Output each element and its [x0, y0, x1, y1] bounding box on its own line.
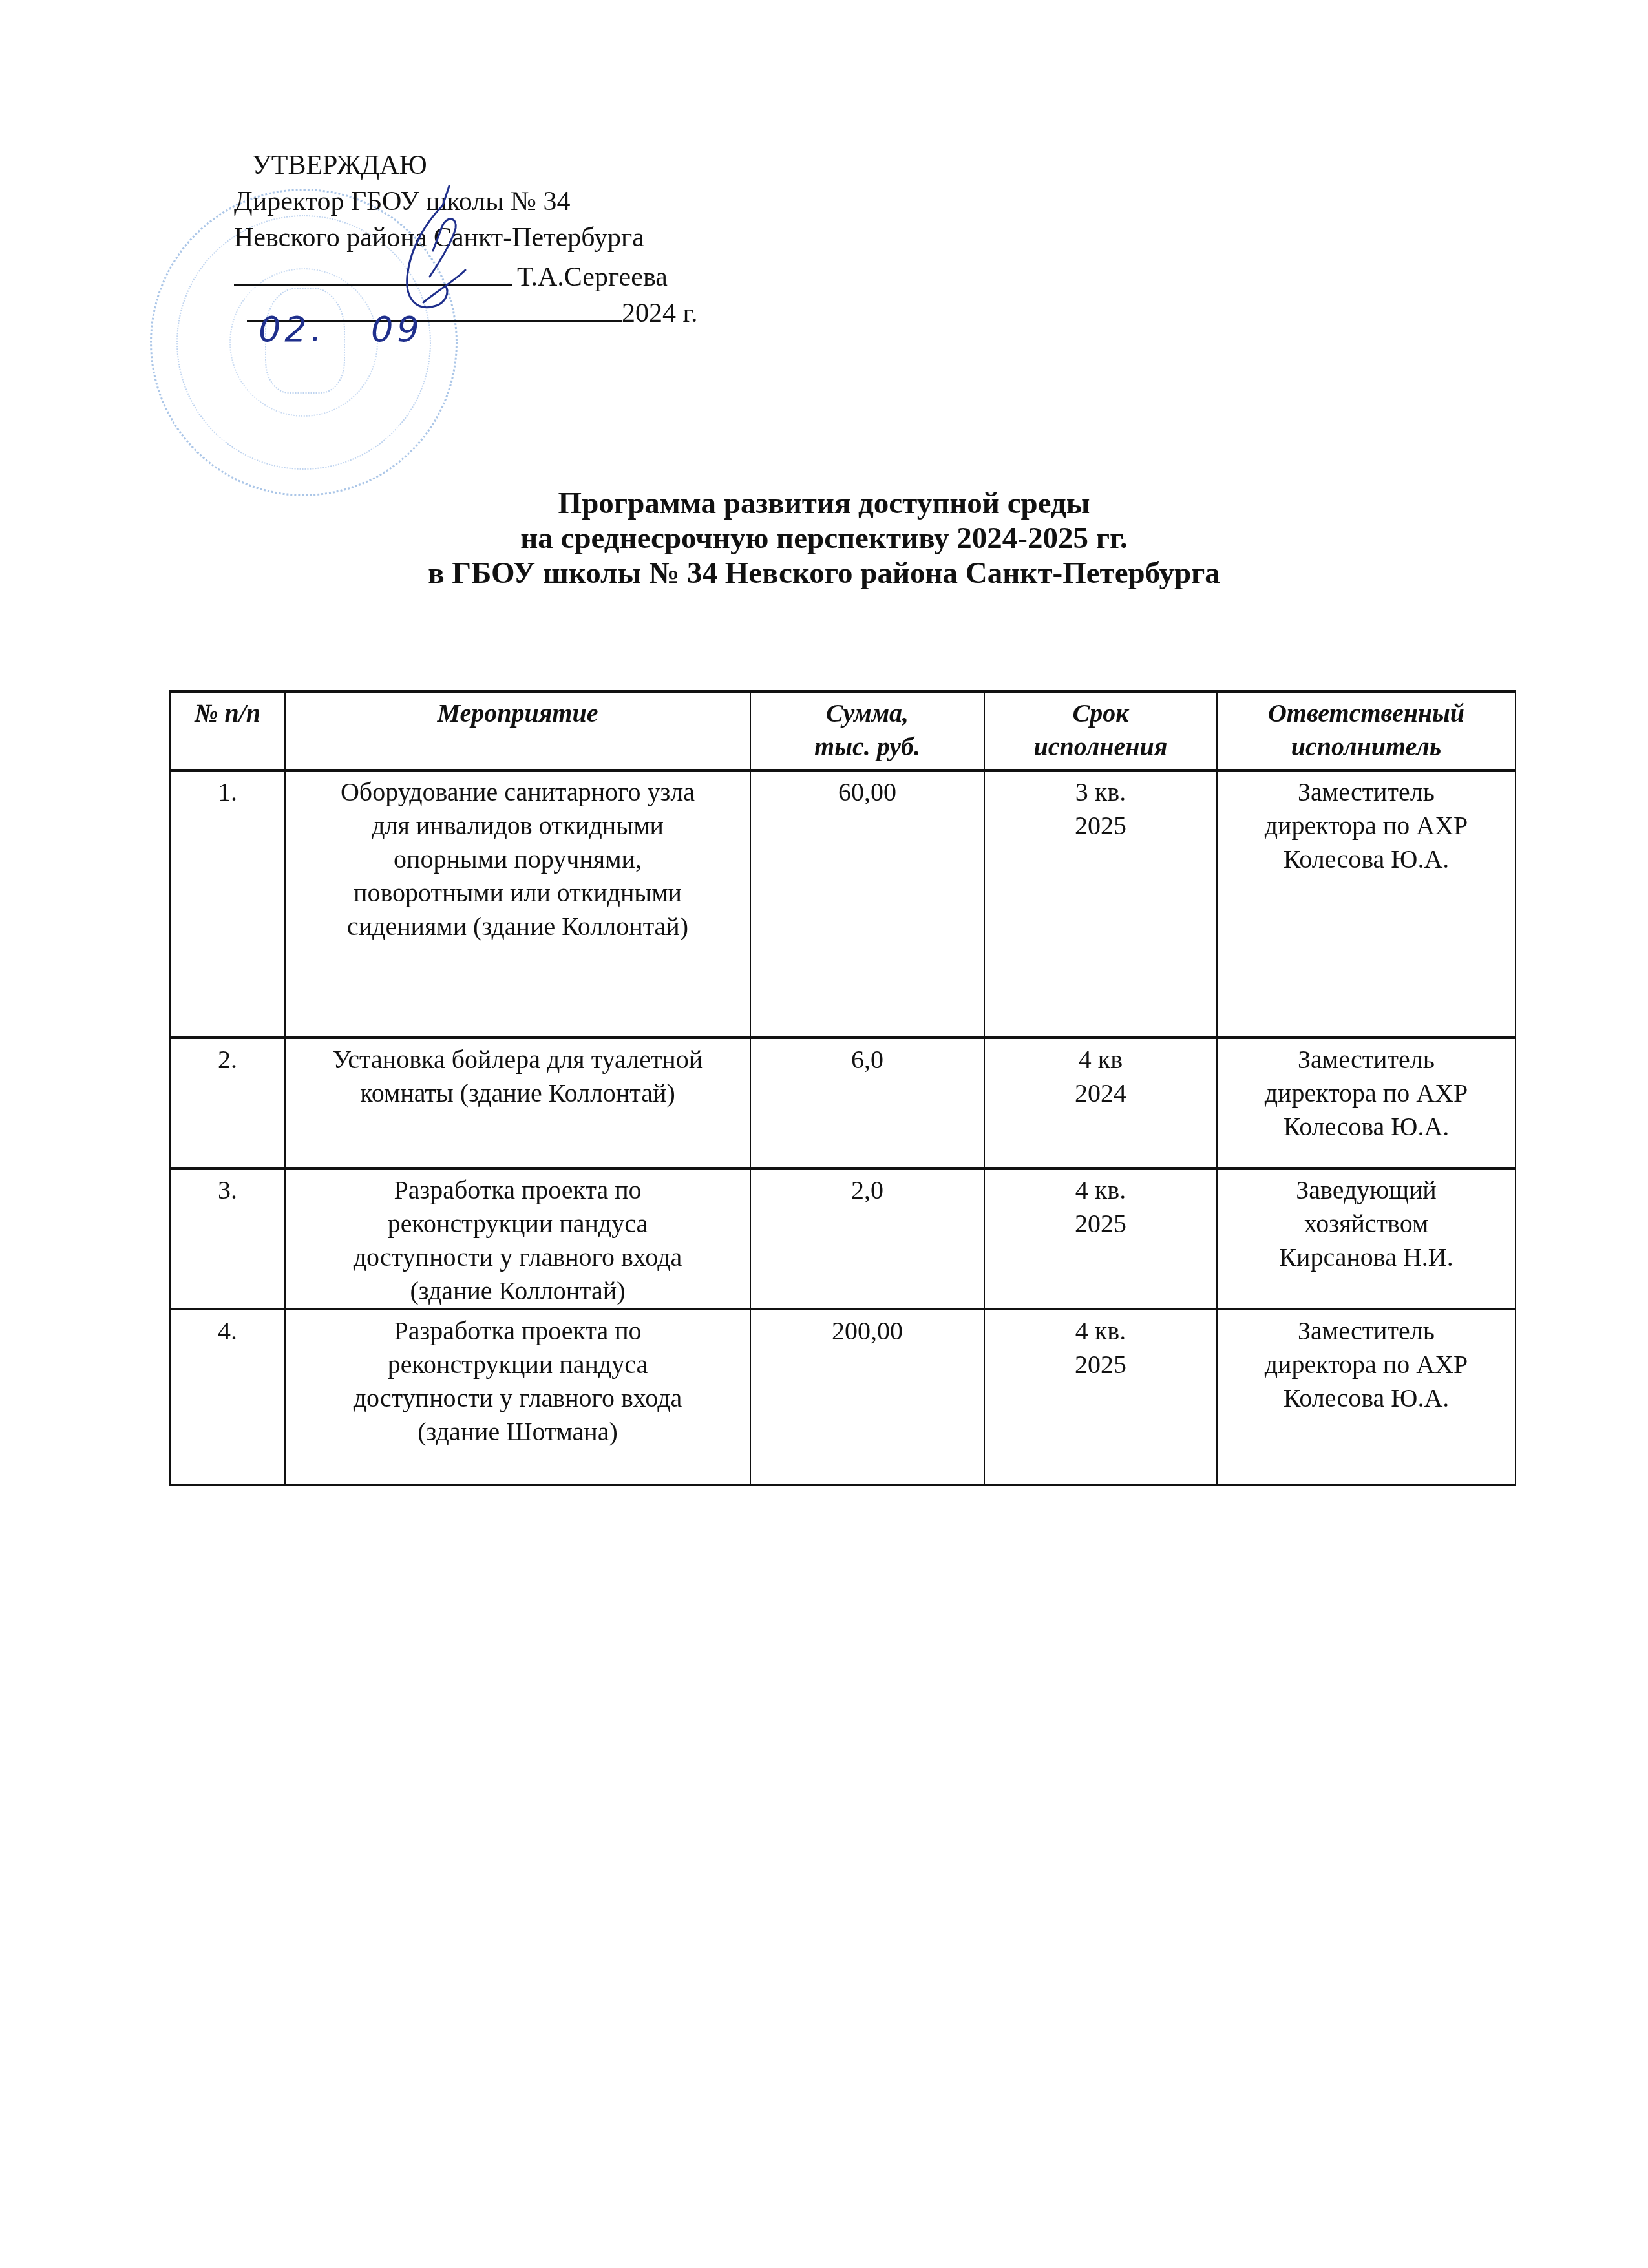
cell-responsible: ЗаведующийхозяйствомКирсанова Н.И.: [1217, 1168, 1516, 1309]
title-line1: Программа развития доступной среды: [0, 486, 1648, 521]
cell-term: 4 кв.2025: [984, 1168, 1217, 1309]
cell-term: 3 кв.2025: [984, 770, 1217, 1038]
handwritten-date-month: 09: [371, 309, 423, 350]
signature-underline: [234, 256, 512, 286]
handwritten-date: 02.09: [259, 309, 423, 350]
table-row: 1.Оборудование санитарного узладля инвал…: [170, 770, 1516, 1038]
title-line2: на среднесрочную перспективу 2024-2025 г…: [0, 521, 1648, 556]
cell-event: Разработка проекта пореконструкции панду…: [285, 1168, 750, 1309]
cell-term: 4 кв2024: [984, 1038, 1217, 1168]
cell-responsible: Заместительдиректора по АХРКолесова Ю.А.: [1217, 770, 1516, 1038]
header-sum: Сумма, тыс. руб.: [750, 691, 984, 770]
cell-num: 4.: [170, 1309, 285, 1485]
cell-sum: 200,00: [750, 1309, 984, 1485]
approval-heading: УТВЕРЖДАЮ: [234, 147, 698, 184]
handwritten-signature-icon: [385, 180, 469, 322]
cell-event: Разработка проекта пореконструкции панду…: [285, 1309, 750, 1485]
program-table: № п/п Мероприятие Сумма, тыс. руб. Срок …: [169, 690, 1516, 1486]
signatory-name: Т.А.Сергеева: [517, 262, 668, 292]
cell-num: 1.: [170, 770, 285, 1038]
cell-responsible: Заместительдиректора по АХРКолесова Ю.А.: [1217, 1309, 1516, 1485]
cell-term: 4 кв.2025: [984, 1309, 1217, 1485]
table-header-row: № п/п Мероприятие Сумма, тыс. руб. Срок …: [170, 691, 1516, 770]
header-num: № п/п: [170, 691, 285, 770]
cell-event: Установка бойлера для туалетнойкомнаты (…: [285, 1038, 750, 1168]
cell-num: 3.: [170, 1168, 285, 1309]
cell-sum: 60,00: [750, 770, 984, 1038]
table-row: 4.Разработка проекта пореконструкции пан…: [170, 1309, 1516, 1485]
cell-sum: 6,0: [750, 1038, 984, 1168]
table-row: 2.Установка бойлера для туалетнойкомнаты…: [170, 1038, 1516, 1168]
table-row: 3.Разработка проекта пореконструкции пан…: [170, 1168, 1516, 1309]
header-responsible: Ответственный исполнитель: [1217, 691, 1516, 770]
cell-responsible: Заместительдиректора по АХРКолесова Ю.А.: [1217, 1038, 1516, 1168]
header-term: Срок исполнения: [984, 691, 1217, 770]
handwritten-date-day: 02.: [259, 309, 326, 350]
cell-event: Оборудование санитарного узладля инвалид…: [285, 770, 750, 1038]
cell-sum: 2,0: [750, 1168, 984, 1309]
cell-num: 2.: [170, 1038, 285, 1168]
header-event: Мероприятие: [285, 691, 750, 770]
approval-year: 2024 г.: [622, 299, 698, 328]
document-title: Программа развития доступной среды на ср…: [0, 486, 1648, 591]
title-line3: в ГБОУ школы № 34 Невского района Санкт-…: [0, 556, 1648, 591]
